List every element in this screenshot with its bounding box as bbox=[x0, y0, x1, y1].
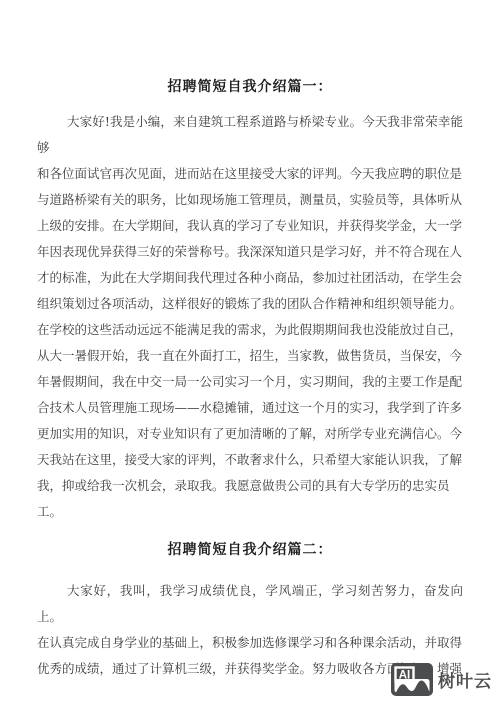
section-1-body: 大家好!我是小编，来自建筑工程系道路与桥梁专业。今天我非常荣幸能够 和各位面试官… bbox=[37, 109, 463, 525]
ai-picture-logo-icon: AI bbox=[391, 663, 433, 696]
brand-watermark: AI 树叶云 bbox=[391, 663, 492, 696]
section-2-title: 招聘简短自我介绍篇二： bbox=[37, 542, 463, 558]
ai-label-text: AI bbox=[399, 670, 411, 682]
section-1-title: 招聘简短自我介绍篇一： bbox=[37, 0, 463, 95]
brand-name: 树叶云 bbox=[438, 667, 492, 692]
brand-logo-svg: AI bbox=[391, 663, 433, 696]
document-page: 招聘简短自我介绍篇一： 大家好!我是小编，来自建筑工程系道路与桥梁专业。今天我非… bbox=[0, 0, 500, 707]
